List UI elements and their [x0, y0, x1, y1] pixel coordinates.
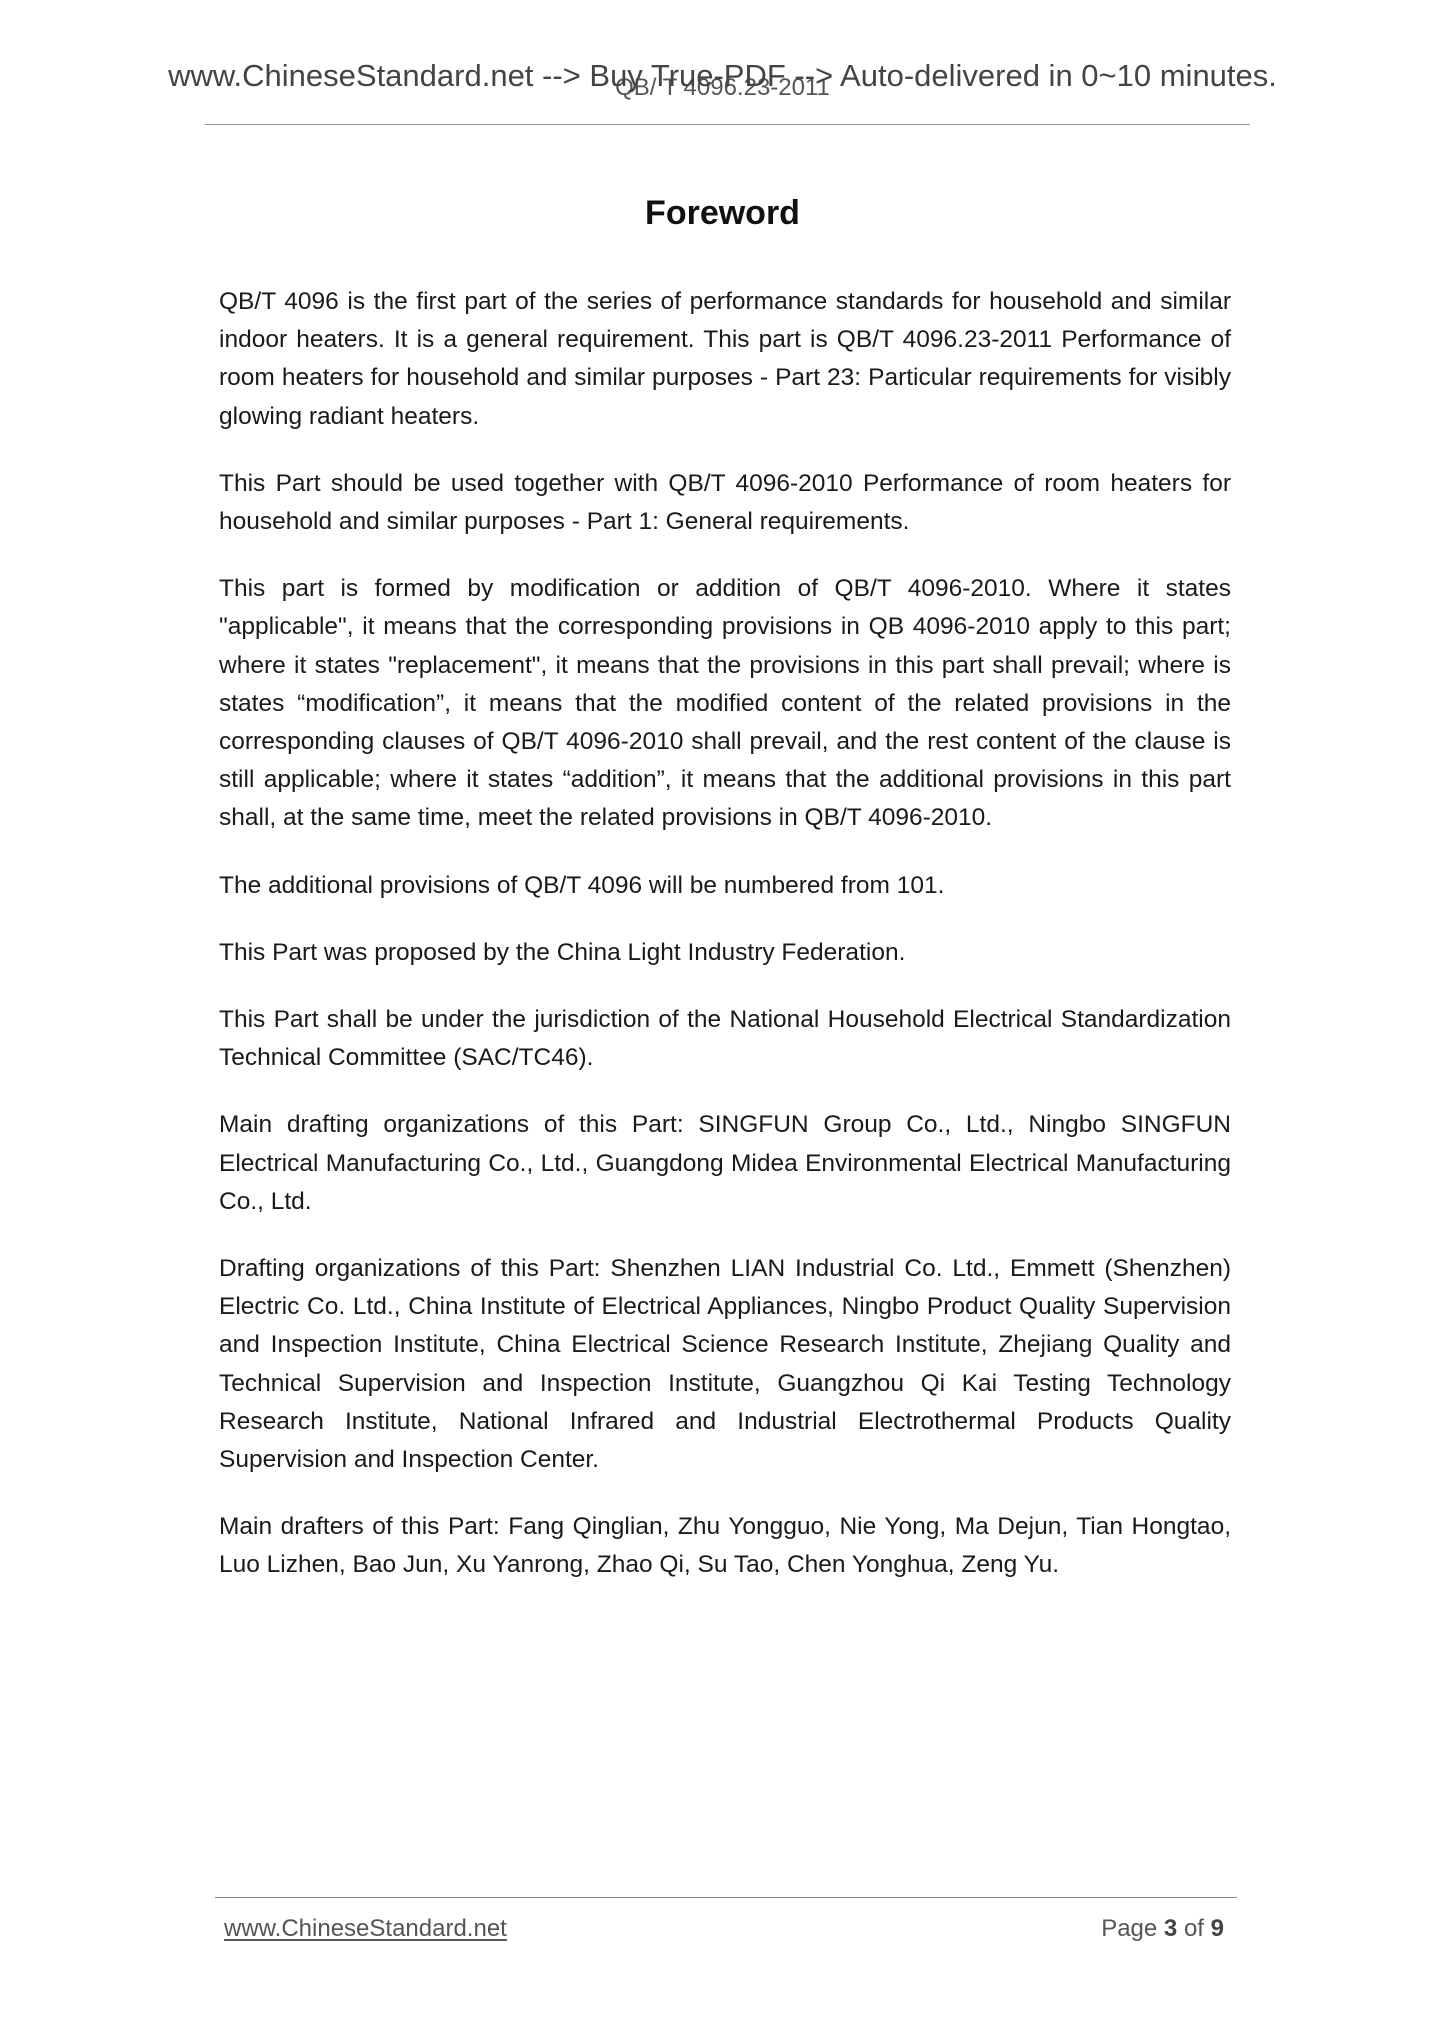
footer-divider: [215, 1897, 1237, 1898]
paragraph-drafting-orgs: Drafting organizations of this Part: She…: [219, 1250, 1231, 1479]
paragraph-numbering: The additional provisions of QB/T 4096 w…: [219, 867, 1231, 905]
paragraph-usage: This Part should be used together with Q…: [219, 465, 1231, 541]
paragraph-proposer: This Part was proposed by the China Ligh…: [219, 934, 1231, 972]
document-body: QB/T 4096 is the first part of the serie…: [219, 283, 1231, 1614]
current-page: 3: [1164, 1915, 1177, 1942]
purchase-banner: www.ChineseStandard.net --> Buy True-PDF…: [0, 58, 1445, 94]
website-link[interactable]: www.ChineseStandard.net: [224, 1915, 507, 1943]
total-pages: 9: [1211, 1915, 1224, 1942]
paragraph-jurisdiction: This Part shall be under the jurisdictio…: [219, 1001, 1231, 1077]
paragraph-main-drafters: Main drafters of this Part: Fang Qinglia…: [219, 1508, 1231, 1584]
page-of-label: of: [1184, 1915, 1204, 1942]
header-divider: [205, 124, 1250, 125]
page-title: Foreword: [0, 194, 1445, 233]
paragraph-modification-rules: This part is formed by modification or a…: [219, 570, 1231, 837]
paragraph-main-drafting-orgs: Main drafting organizations of this Part…: [219, 1106, 1231, 1221]
page-label: Page: [1101, 1915, 1157, 1942]
page-number: Page 3 of 9: [1101, 1915, 1224, 1943]
paragraph-scope: QB/T 4096 is the first part of the serie…: [219, 283, 1231, 436]
